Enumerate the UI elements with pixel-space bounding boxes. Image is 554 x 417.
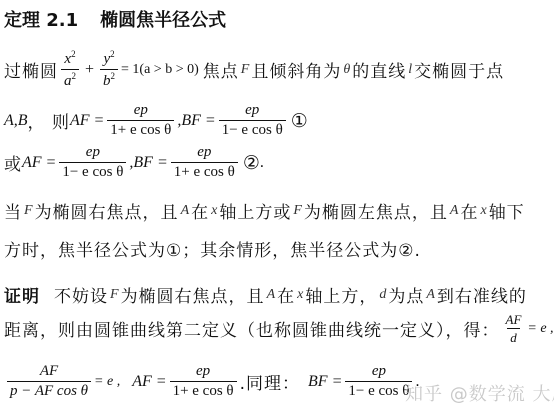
points-AB: A,B xyxy=(4,112,28,130)
exp: 2 xyxy=(72,71,77,81)
BF-equals: ,BF = xyxy=(129,154,167,172)
denominator: 1+ e cos θ xyxy=(107,120,174,139)
var-l: l xyxy=(408,62,412,78)
condition-line-2: 方时，焦半径公式为①；其余情形，焦半径公式为②. xyxy=(4,236,421,261)
exp: 2 xyxy=(110,49,115,59)
AF-equals: AF = xyxy=(22,154,56,172)
var-b: b xyxy=(103,73,111,89)
BF-equals: BF = xyxy=(308,373,342,391)
numerator: AF xyxy=(37,364,61,381)
theorem-heading: 定理 2.1 椭圆焦半径公式 xyxy=(4,6,226,32)
fraction-BF-formula1: ep 1− e cos θ xyxy=(219,103,286,139)
fraction-AF-d: AF d xyxy=(503,313,525,344)
proof-label: 证明 xyxy=(4,282,40,307)
text: 为点 xyxy=(388,282,424,307)
denominator: 1+ e cos θ xyxy=(170,381,237,400)
var-F: F xyxy=(24,203,33,219)
equals-e: = e , xyxy=(527,321,553,337)
theorem-label: 定理 2.1 xyxy=(4,6,78,32)
proof-line-1: 证明 不妨设 F 为椭圆右焦点，且 A 在 x 轴上方， d 为点 A 到右准线… xyxy=(4,282,527,307)
denominator: 1− e cos θ xyxy=(345,381,412,400)
watermark: 知乎 @数学流 大唐通史 xyxy=(405,380,554,406)
fraction-x2-a2: x2 a2 xyxy=(61,50,79,90)
ellipse-condition: = 1(a > b > 0) xyxy=(121,62,199,78)
var-x: x xyxy=(480,203,486,219)
numerator: ep xyxy=(131,103,151,120)
var-A: A xyxy=(450,203,459,219)
denominator: p − AF cos θ xyxy=(7,381,91,400)
denominator: 1− e cos θ xyxy=(219,120,286,139)
formula-label-2: ② xyxy=(243,152,260,174)
text: 在 xyxy=(277,282,295,307)
text: 轴上方或 xyxy=(219,198,291,223)
text: 当 xyxy=(4,198,22,223)
text: 不妨设 xyxy=(54,282,108,307)
denominator: 1+ e cos θ xyxy=(171,162,238,181)
text: 过椭圆 xyxy=(4,57,58,82)
var-A: A xyxy=(267,287,276,303)
var-d: d xyxy=(379,287,386,303)
var-A: A xyxy=(426,287,435,303)
statement-line-2: A,B ， 则 AF = ep 1+ e cos θ ,BF = ep 1− e… xyxy=(4,103,308,139)
text: 轴下 xyxy=(489,198,525,223)
text: 为椭圆左焦点，且 xyxy=(304,198,448,223)
text: 为椭圆右焦点，且 xyxy=(35,198,179,223)
text: 在 xyxy=(460,198,478,223)
plus: + xyxy=(85,61,94,79)
var-a: a xyxy=(64,73,72,89)
text: 的直线 xyxy=(352,57,406,82)
text: .同理： xyxy=(240,369,300,394)
text: 为椭圆右焦点，且 xyxy=(121,282,265,307)
equals-e: = e , xyxy=(94,374,120,390)
text: 轴上方， xyxy=(305,282,377,307)
numerator: ep xyxy=(194,145,214,162)
statement-line-1: 过椭圆 x2 a2 + y2 b2 = 1(a > b > 0) 焦点 F 且倾… xyxy=(4,50,504,90)
proof-line-3: AF p − AF cos θ = e , AF = ep 1+ e cos θ… xyxy=(4,364,419,400)
fraction-BF-result: ep 1− e cos θ xyxy=(345,364,412,400)
numerator: ep xyxy=(193,364,213,381)
numerator: ep xyxy=(242,103,262,120)
exp: 2 xyxy=(111,71,116,81)
exp: 2 xyxy=(71,49,76,59)
theorem-title: 椭圆焦半径公式 xyxy=(100,6,226,32)
fraction-AF-over-p: AF p − AF cos θ xyxy=(7,364,91,400)
var-theta: θ xyxy=(343,62,350,78)
proof-line-2: 距离，则由圆锥曲线第二定义（也称圆锥曲线统一定义），得： AF d = e , xyxy=(4,313,554,344)
BF-equals: ,BF = xyxy=(177,112,215,130)
text: ， 则 xyxy=(28,108,70,133)
var-x: x xyxy=(297,287,303,303)
AF-equals: AF = xyxy=(70,112,104,130)
text: 在 xyxy=(191,198,209,223)
numerator: ep xyxy=(83,145,103,162)
text: 方时，焦半径公式为①；其余情形，焦半径公式为②. xyxy=(4,236,421,261)
AF-equals: AF = xyxy=(132,373,166,391)
fraction-y2-b2: y2 b2 xyxy=(100,50,118,90)
condition-line-1: 当 F 为椭圆右焦点，且 A 在 x 轴上方或 F 为椭圆左焦点，且 A 在 x… xyxy=(4,198,525,223)
var-A: A xyxy=(181,203,190,219)
fraction-AF-result: ep 1+ e cos θ xyxy=(170,364,237,400)
fraction-AF-formula1: ep 1+ e cos θ xyxy=(107,103,174,139)
text: 或 xyxy=(4,150,22,175)
denominator: d xyxy=(507,328,520,345)
text: 且倾斜角为 xyxy=(251,57,341,82)
numerator: ep xyxy=(369,364,389,381)
var-F: F xyxy=(241,62,250,78)
text: 到右准线的 xyxy=(437,282,527,307)
period: . xyxy=(260,154,264,172)
fraction-AF-formula2: ep 1− e cos θ xyxy=(59,145,126,181)
formula-label-1: ① xyxy=(291,110,308,132)
text: 焦点 xyxy=(203,57,239,82)
fraction-BF-formula2: ep 1+ e cos θ xyxy=(171,145,238,181)
var-F: F xyxy=(110,287,119,303)
denominator: 1− e cos θ xyxy=(59,162,126,181)
numerator: AF xyxy=(503,313,525,328)
text: 交椭圆于点 xyxy=(414,57,504,82)
statement-line-3: 或 AF = ep 1− e cos θ ,BF = ep 1+ e cos θ… xyxy=(4,145,264,181)
text: 距离，则由圆锥曲线第二定义（也称圆锥曲线统一定义），得： xyxy=(4,316,500,341)
var-x: x xyxy=(211,203,217,219)
var-F: F xyxy=(293,203,302,219)
